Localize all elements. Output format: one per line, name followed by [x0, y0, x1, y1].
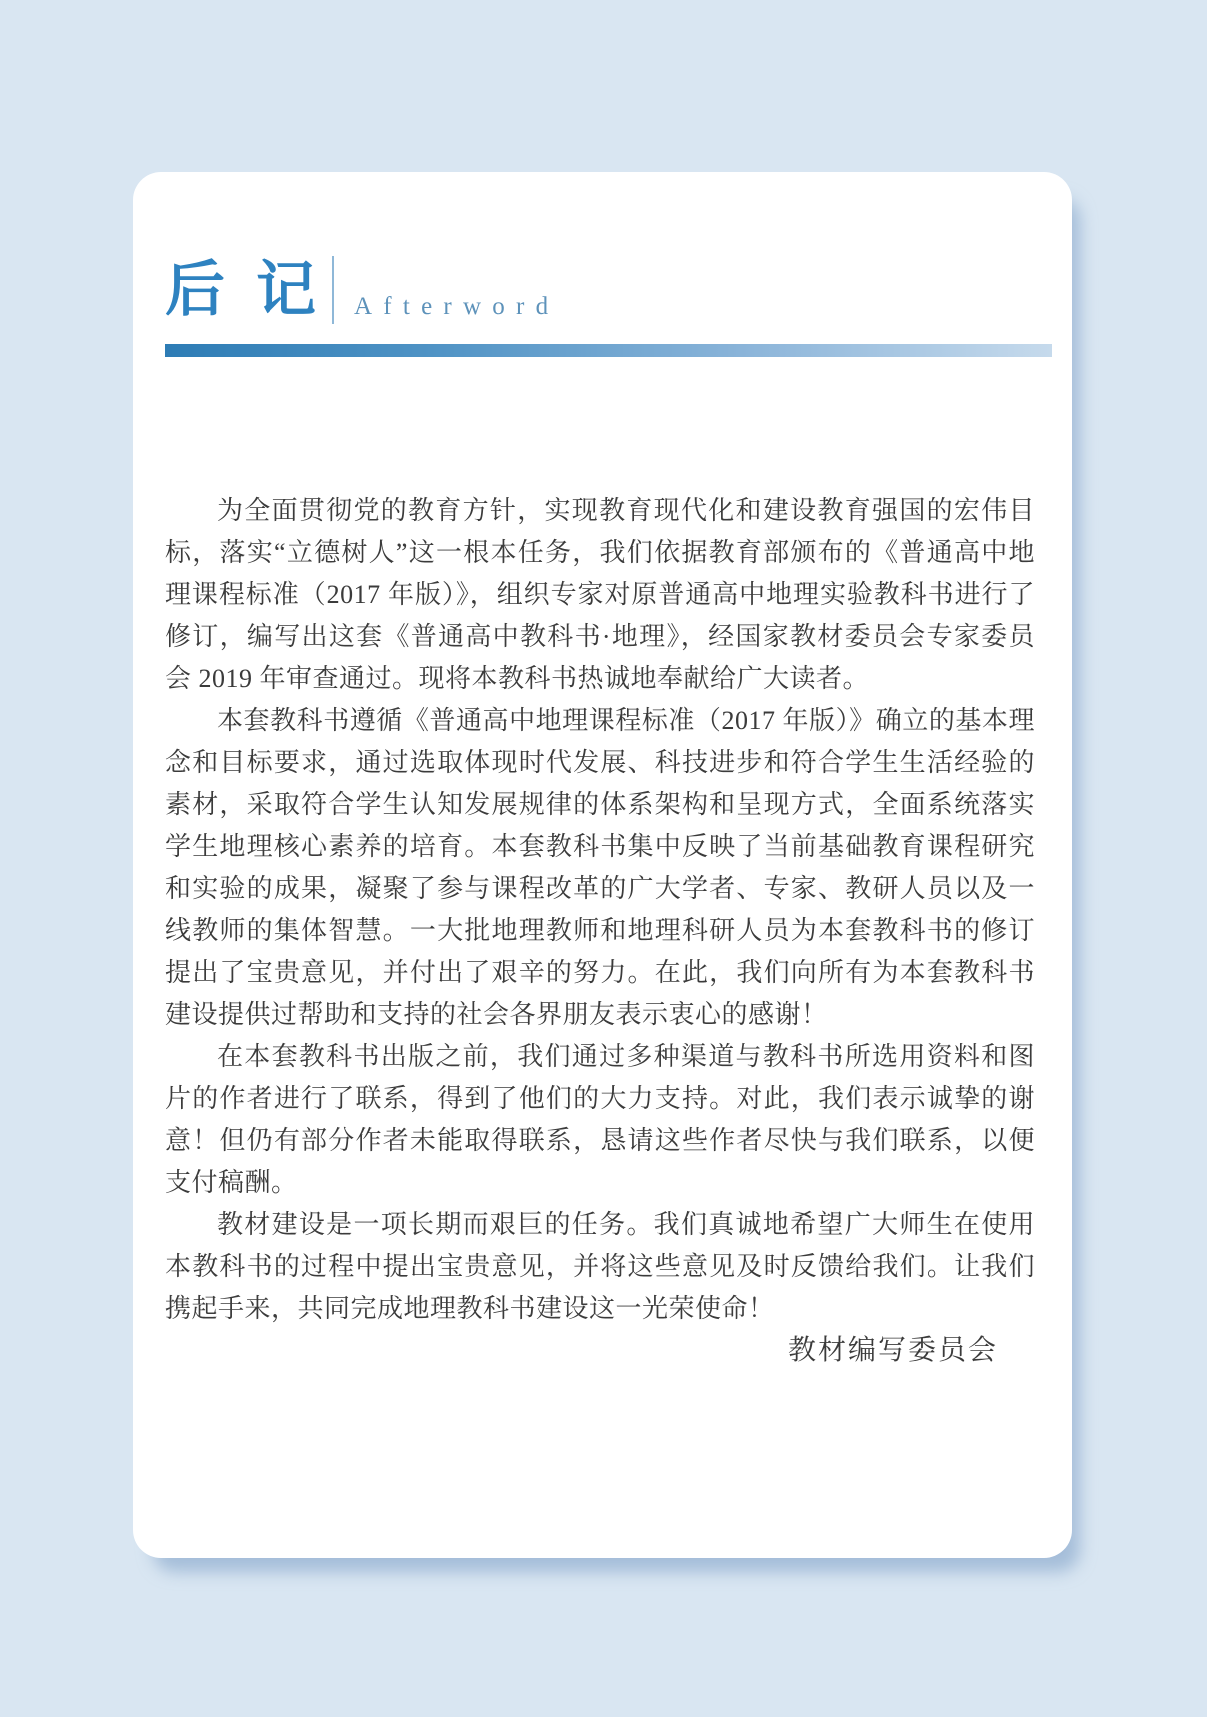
paragraph: 为全面贯彻党的教育方针，实现教育现代化和建设教育强国的宏伟目标，落实“立德树人”…	[165, 490, 1035, 700]
paragraph: 教材建设是一项长期而艰巨的任务。我们真诚地希望广大师生在使用本教科书的过程中提出…	[165, 1204, 1035, 1330]
signature: 教材编写委员会	[788, 1330, 998, 1372]
page-subtitle: Afterword	[354, 293, 559, 324]
page-title: 后 记	[165, 260, 324, 320]
afterword-body: 为全面贯彻党的教育方针，实现教育现代化和建设教育强国的宏伟目标，落实“立德树人”…	[165, 490, 1035, 1330]
page-header: 后 记 Afterword	[165, 256, 559, 324]
paragraph: 本套教科书遵循《普通高中地理课程标准（2017 年版）》确立的基本理念和目标要求…	[165, 700, 1035, 1036]
afterword-page-card: 后 记 Afterword 为全面贯彻党的教育方针，实现教育现代化和建设教育强国…	[133, 172, 1072, 1558]
title-divider	[332, 256, 334, 324]
header-gradient-rule	[165, 344, 1052, 357]
paragraph: 在本套教科书出版之前，我们通过多种渠道与教科书所选用资料和图片的作者进行了联系，…	[165, 1036, 1035, 1204]
